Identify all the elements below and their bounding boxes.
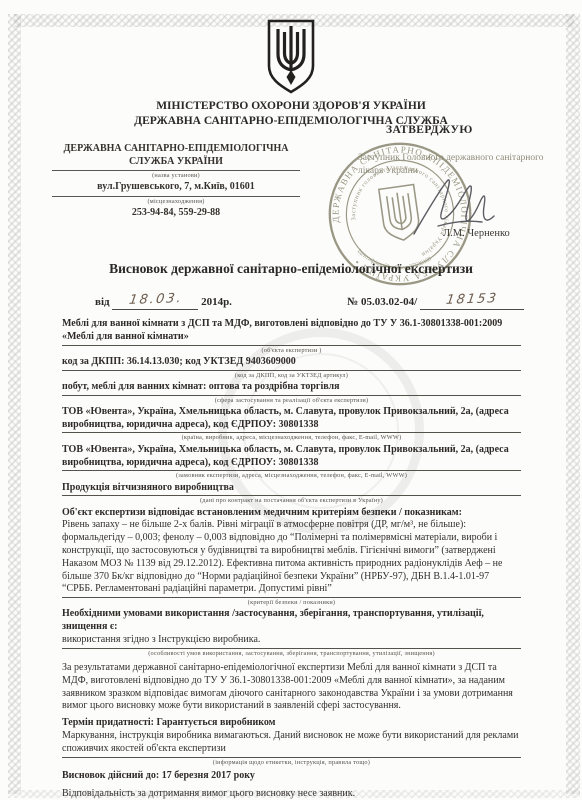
institution-address: вул.Грушевського, 7, м.Київ, 01601 bbox=[52, 181, 300, 197]
field-codes-caption: (код за ДКПП, код за УКТЗЕД артикул) bbox=[62, 372, 521, 379]
shelf-life-body: Маркування, інструкція виробника вимагаю… bbox=[62, 730, 521, 758]
number-label: № 05.03.02-04/ bbox=[347, 296, 417, 308]
field-manufacturer-caption: (країна, виробник, адреса, місцезнаходже… bbox=[62, 434, 521, 441]
institution-name-caption: (назва установи) bbox=[52, 172, 300, 179]
handwritten-number: 18153 bbox=[445, 291, 499, 308]
criteria-section: Об'єкт експертизи відповідає встановлени… bbox=[62, 507, 521, 607]
field-applicant-text: ТОВ «Ювента», Україна, Хмельницька облас… bbox=[62, 444, 521, 472]
field-applicant-caption: (замовник експертизи, адреса, місцезнахо… bbox=[62, 472, 521, 479]
date-blank: 18.03. bbox=[112, 294, 198, 310]
institution-name: ДЕРЖАВНА САНІТАРНО-ЕПІДЕМІОЛОГІЧНА СЛУЖБ… bbox=[52, 143, 300, 171]
criteria-heading: Об'єкт експертизи відповідає встановлени… bbox=[62, 507, 521, 520]
conditions-section: Необхідними умовами використання /застос… bbox=[62, 608, 521, 657]
institution-phones: 253-94-84, 559-29-88 bbox=[52, 207, 300, 220]
number-blank: 18153 bbox=[420, 294, 524, 310]
decorative-border-right bbox=[566, 14, 580, 794]
ministry-header: МІНІСТЕРСТВО ОХОРОНИ ЗДОРОВ'Я УКРАЇНИ ДЕ… bbox=[0, 99, 582, 129]
field-codes: код за ДКПП: 36.14.13.030; код УКТЗЕД 94… bbox=[62, 356, 521, 379]
document-title: Висновок державної санітарно-епідеміолог… bbox=[0, 261, 582, 277]
decorative-border-left bbox=[8, 14, 21, 794]
field-scope: побут, меблі для ванних кімнат: оптова т… bbox=[62, 381, 521, 404]
field-object-text: Меблі для ванної кімнати з ДСП та МДФ, в… bbox=[62, 318, 521, 346]
issue-number: № 05.03.02-04/ 18153 bbox=[347, 294, 524, 310]
responsibility-line: Відповідальність за дотримання вимог цьо… bbox=[62, 788, 521, 800]
validity-line: Висновок дійсний до: 17 березня 2017 рок… bbox=[62, 770, 521, 783]
criteria-body: Рівень запаху – не більше 2-х балів. Рів… bbox=[62, 519, 521, 598]
statement-paragraph: За результатами державної санітарно-епід… bbox=[62, 662, 521, 713]
criteria-caption: (критерії безпеки / показники) bbox=[62, 599, 521, 606]
document-page: МІНІСТЕРСТВО ОХОРОНИ ЗДОРОВ'Я УКРАЇНИ ДЕ… bbox=[0, 0, 582, 800]
field-origin-caption: (дані про контракт на постачання об'єкта… bbox=[62, 497, 521, 504]
document-body: Меблі для ванної кімнати з ДСП та МДФ, в… bbox=[62, 318, 521, 800]
conditions-heading: Необхідними умовами використання /застос… bbox=[62, 608, 521, 634]
date-year: 2014р. bbox=[201, 296, 232, 308]
ukraine-trident-icon bbox=[265, 18, 317, 96]
shelf-life-caption: (інформація щодо етикетки, інструкція, п… bbox=[62, 759, 521, 766]
field-scope-text: побут, меблі для ванних кімнат: оптова т… bbox=[62, 381, 521, 396]
shelf-life-section: Термін придатності: Гарантується виробни… bbox=[62, 717, 521, 766]
conditions-body: використання згідно з Інструкцією виробн… bbox=[62, 634, 521, 649]
handwritten-date: 18.03. bbox=[128, 291, 184, 308]
approver-name: Л.М. Черненко bbox=[443, 228, 510, 239]
field-manufacturer-text: ТОВ «Ювента», Україна, Хмельницька облас… bbox=[62, 406, 521, 434]
institution-address-caption: (місцезнаходження) bbox=[52, 198, 300, 205]
field-scope-caption: (сфера застосування та реалізації об'єкт… bbox=[62, 397, 521, 404]
field-manufacturer: ТОВ «Ювента», Україна, Хмельницька облас… bbox=[62, 406, 521, 442]
issue-date: від 18.03. 2014р. bbox=[95, 294, 232, 310]
ministry-line2: ДЕРЖАВНА САНІТАРНО-ЕПІДЕМІОЛОГІЧНА СЛУЖБ… bbox=[0, 114, 582, 129]
field-object-caption: (об'єкта експертизи ) bbox=[62, 347, 521, 354]
field-applicant: ТОВ «Ювента», Україна, Хмельницька облас… bbox=[62, 444, 521, 480]
conditions-caption: (особливості умов використання, застосув… bbox=[62, 650, 521, 657]
field-codes-text: код за ДКПП: 36.14.13.030; код УКТЗЕД 94… bbox=[62, 356, 521, 371]
shelf-life-heading: Термін придатності: Гарантується виробни… bbox=[62, 717, 521, 730]
institution-block: ДЕРЖАВНА САНІТАРНО-ЕПІДЕМІОЛОГІЧНА СЛУЖБ… bbox=[52, 143, 300, 219]
ministry-line1: МІНІСТЕРСТВО ОХОРОНИ ЗДОРОВ'Я УКРАЇНИ bbox=[0, 99, 582, 114]
field-origin-text: Продукція вітчизняного виробництва bbox=[62, 482, 521, 497]
date-label: від bbox=[95, 296, 110, 308]
field-origin: Продукція вітчизняного виробництва (дані… bbox=[62, 482, 521, 505]
field-object: Меблі для ванної кімнати з ДСП та МДФ, в… bbox=[62, 318, 521, 354]
issue-row: від 18.03. 2014р. № 05.03.02-04/ 18153 bbox=[95, 294, 524, 310]
